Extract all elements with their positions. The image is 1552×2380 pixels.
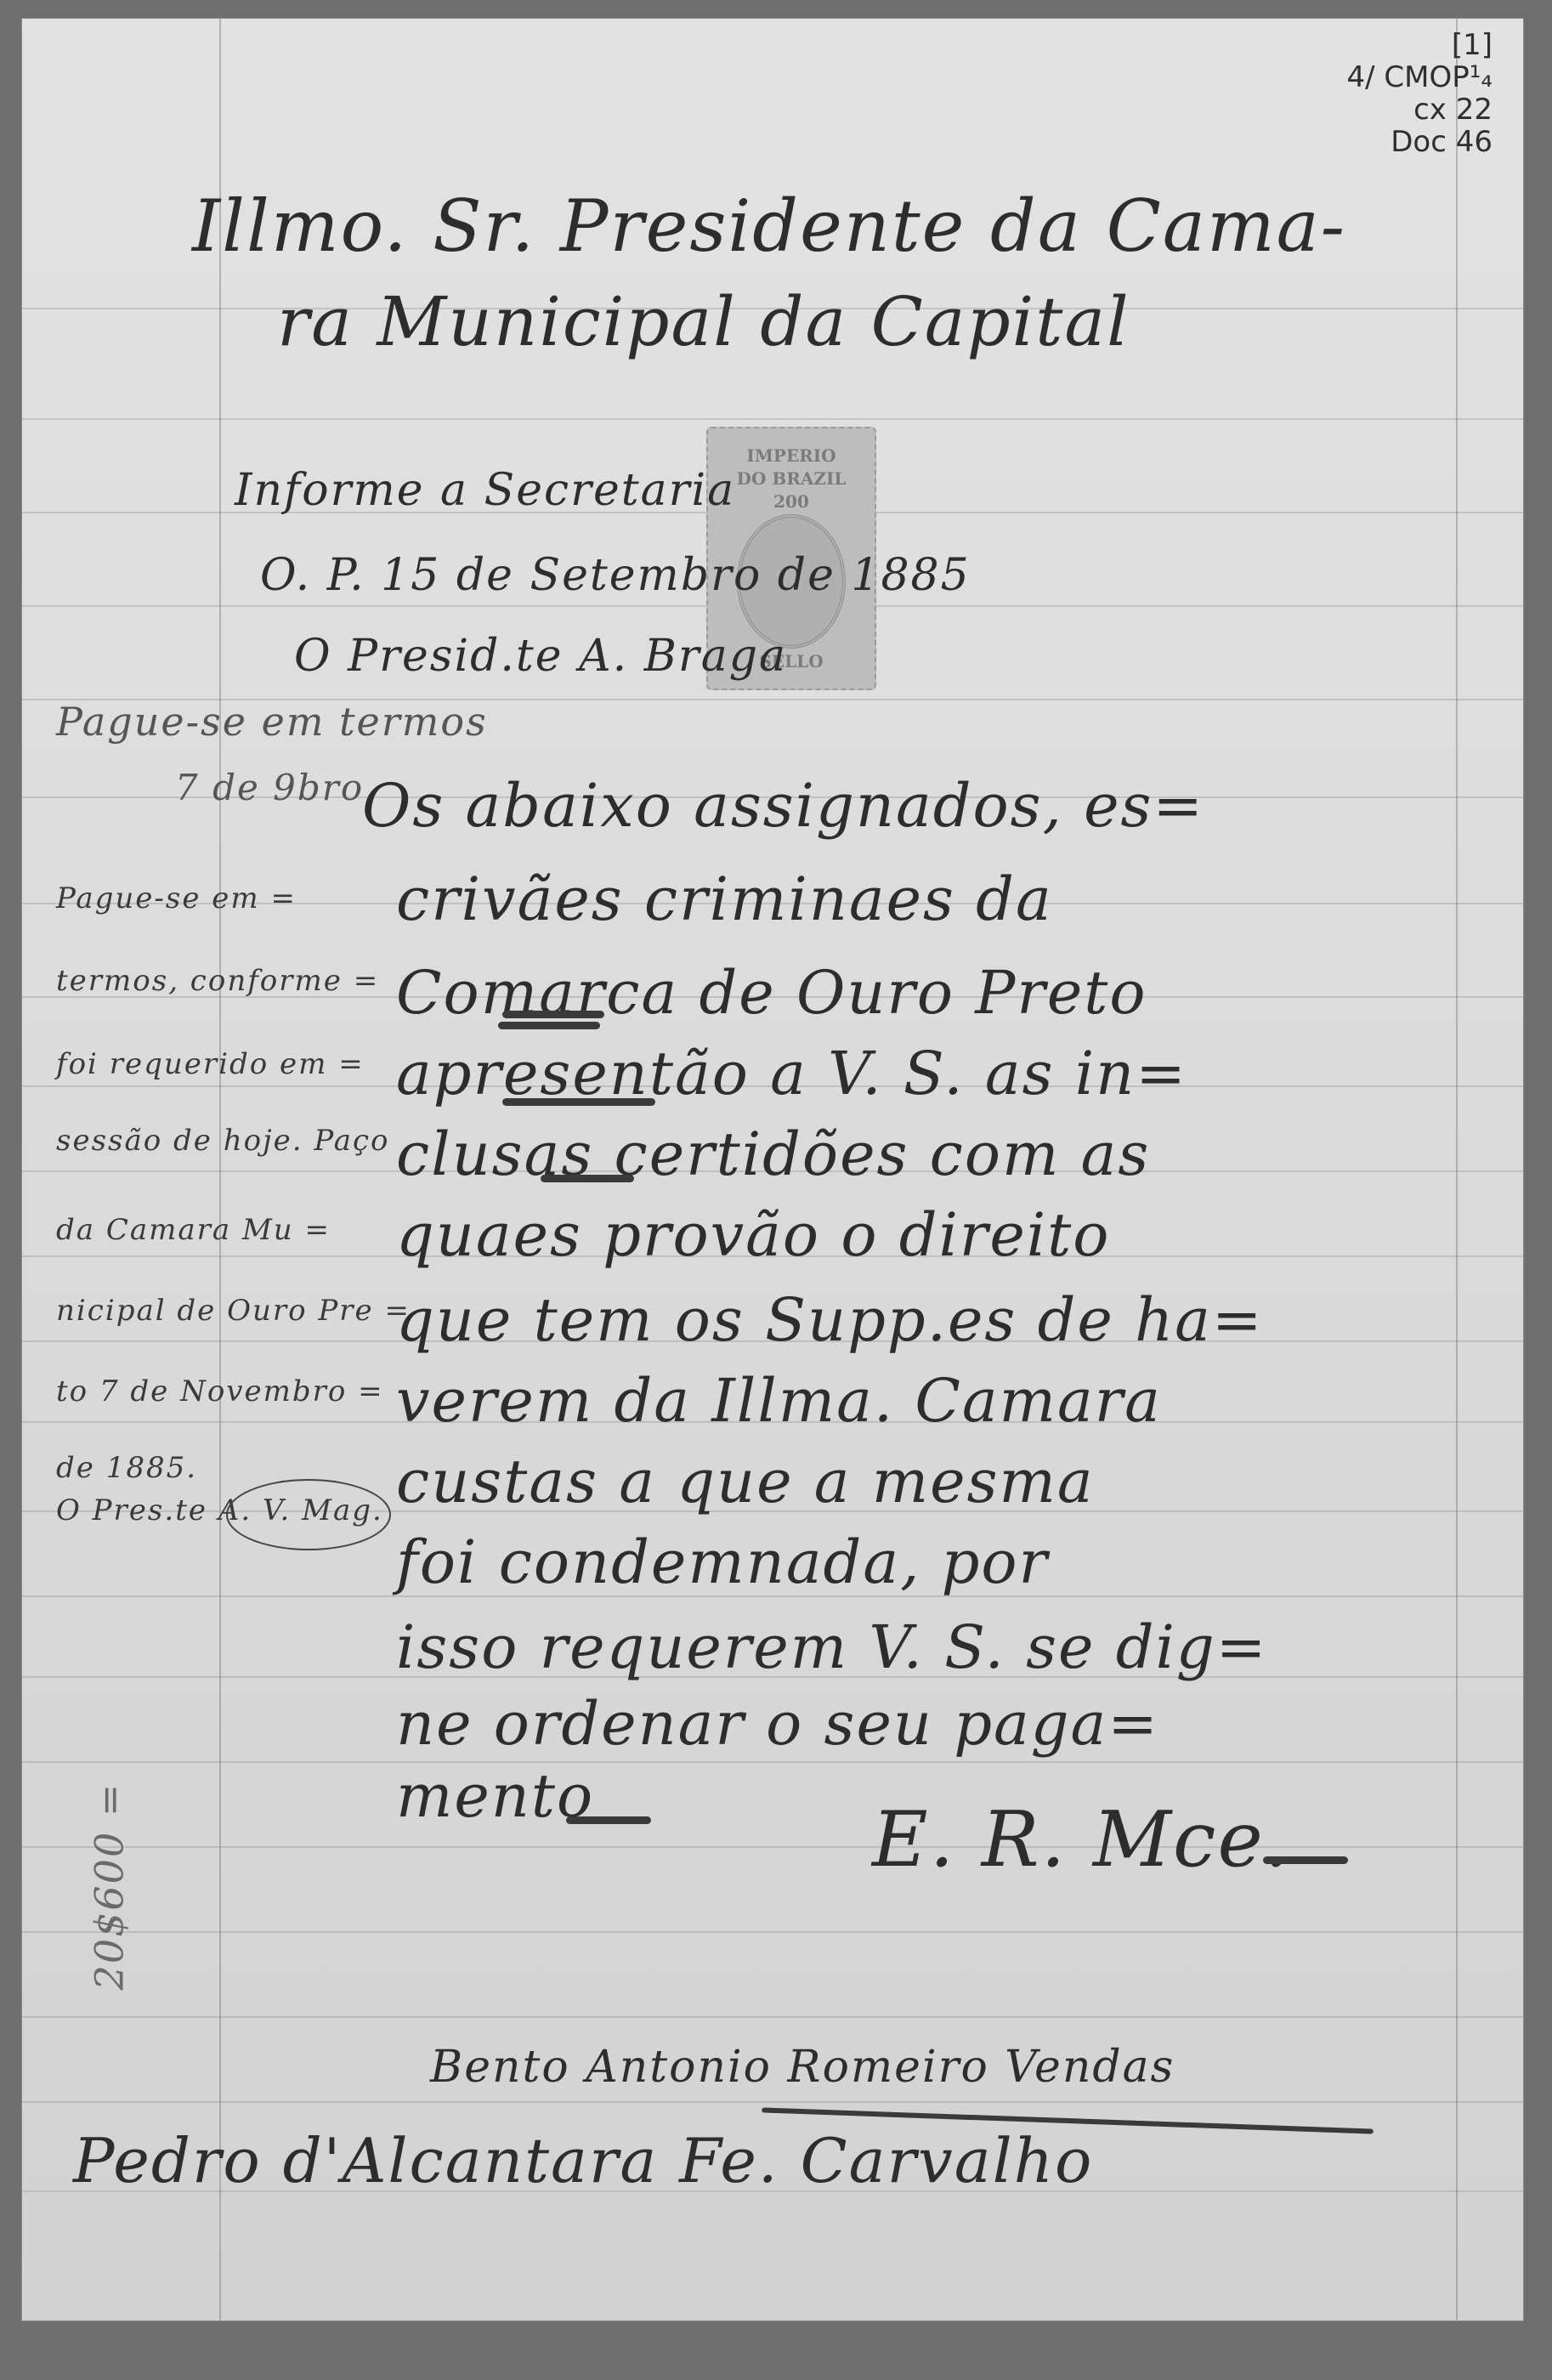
archive-ref-line3: cx 22 [1323, 93, 1493, 126]
archive-ref-line2: 4/ CMOP¹₄ [1323, 61, 1493, 93]
margin-note-line: foi requerido em = [56, 1047, 365, 1081]
signature-1: Bento Antonio Romeiro Vendas [430, 2042, 1175, 2093]
left-margin-line [219, 19, 221, 2320]
body-line: que tem os Supp.es de ha= [396, 1285, 1264, 1355]
ink-stroke [541, 1175, 634, 1182]
ink-stroke [566, 1816, 651, 1824]
dispatch-line-1: Informe a Secretaria [235, 465, 735, 516]
body-line: mento [396, 1761, 594, 1831]
body-line: quaes provão o direito [396, 1200, 1110, 1270]
archive-reference: [1] 4/ CMOP¹₄ cx 22 Doc 46 [1323, 29, 1493, 158]
archive-ref-line4: Doc 46 [1323, 126, 1493, 158]
body-line: ne ordenar o seu paga= [396, 1689, 1159, 1759]
margin-note-line: to 7 de Novembro = [56, 1374, 384, 1408]
margin-note-line: nicipal de Ouro Pre = [56, 1294, 411, 1328]
right-margin-line [1456, 19, 1458, 2320]
margin-note-top-1: Pague-se em termos [56, 699, 488, 745]
salutation-line-1: Illmo. Sr. Presidente da Cama- [192, 184, 1346, 268]
margin-note-top-2: 7 de 9bro [175, 767, 364, 808]
ink-stroke [502, 1098, 655, 1106]
manuscript-page: [1] 4/ CMOP¹₄ cx 22 Doc 46 Illmo. Sr. Pr… [22, 19, 1523, 2320]
salutation-line-2: ra Municipal da Capital [277, 282, 1130, 361]
margin-note-line: Pague-se em = [56, 881, 297, 915]
margin-note-line: de 1885. [56, 1451, 197, 1485]
body-line: Os abaixo assignados, es= [362, 771, 1204, 841]
margin-note-line: da Camara Mu = [56, 1213, 331, 1247]
margin-note-line: sessão de hoje. Paço [56, 1124, 389, 1158]
closing-formula: E. R. Mce. [872, 1795, 1290, 1884]
stamp-country-text: DO BRAZIL [737, 468, 847, 489]
dispatch-line-3: O Presid.te A. Braga [294, 631, 787, 682]
margin-note-line: termos, conforme = [56, 964, 379, 998]
dispatch-line-2: O. P. 15 de Setembro de 1885 [260, 550, 971, 601]
archive-ref-line1: [1] [1323, 29, 1493, 61]
ink-stroke [502, 1011, 604, 1018]
stamp-top-text: IMPERIO [746, 445, 835, 466]
stamp-value: 200 [773, 491, 809, 512]
body-line: isso requerem V. S. se dig= [396, 1612, 1267, 1682]
body-line: foi condemnada, por [396, 1527, 1049, 1597]
body-line: clusas certidões com as [396, 1119, 1150, 1189]
margin-amount: 20$600 = [86, 1782, 132, 1991]
ink-stroke [498, 1022, 600, 1029]
body-line: crivães criminaes da [396, 864, 1053, 934]
ink-stroke [1263, 1856, 1348, 1864]
signature-2: Pedro d'Alcantara Fe. Carvalho [73, 2125, 1093, 2196]
body-line: custas a que a mesma [396, 1447, 1095, 1516]
body-line: verem da Illma. Camara [396, 1366, 1162, 1436]
signature-seal-oval [226, 1479, 391, 1550]
